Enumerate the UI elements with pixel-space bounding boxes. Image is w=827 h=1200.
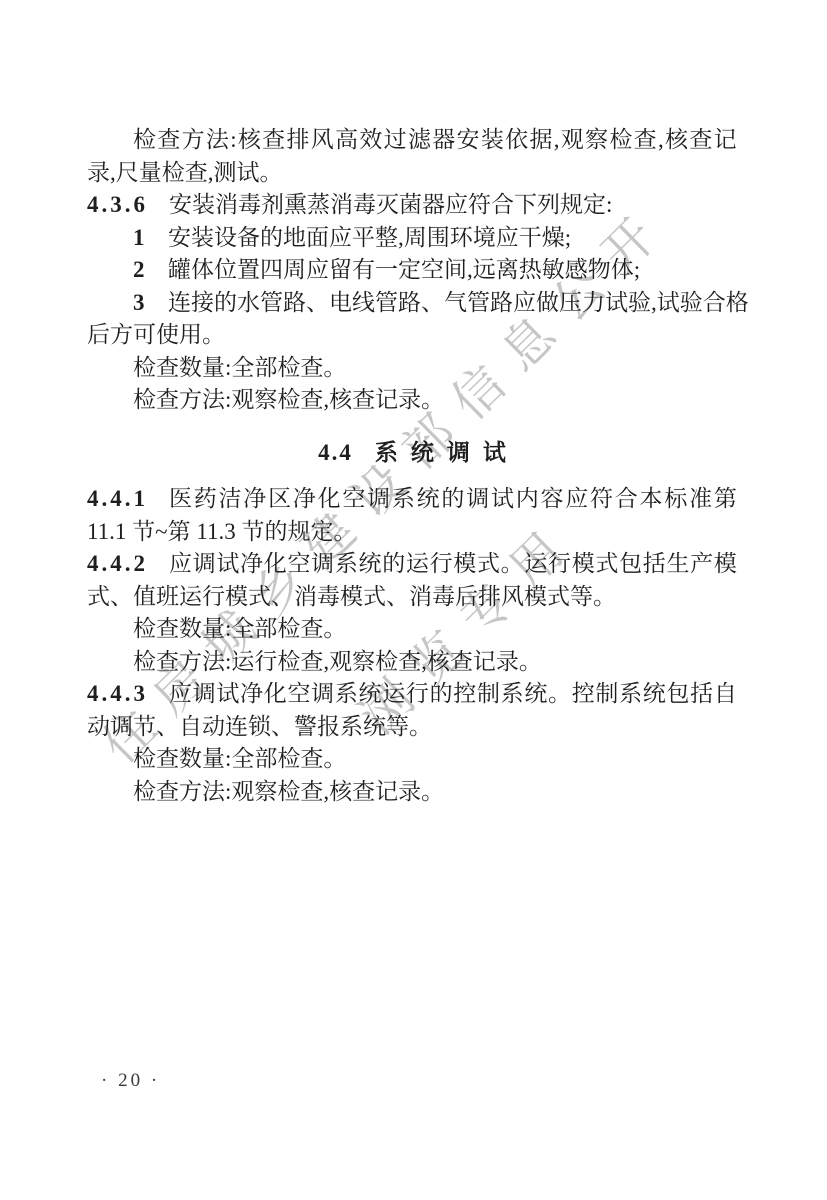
- char: 行: [430, 548, 453, 581]
- section-title: 系统调试: [375, 440, 519, 465]
- char: 式: [595, 548, 618, 581]
- line-text: 后方可使用。: [87, 322, 225, 347]
- char: 产: [690, 548, 713, 581]
- char: 净: [243, 483, 266, 516]
- char: 行: [406, 678, 429, 711]
- char: 洁: [219, 483, 242, 516]
- char: 统: [359, 548, 382, 581]
- line-text: 安装消毒剂熏蒸消毒灭菌器应符合下列规定:: [169, 192, 612, 217]
- char: 控: [572, 678, 595, 711]
- char: 括: [643, 548, 666, 581]
- item-number: 2: [133, 254, 168, 287]
- char: 检: [609, 124, 632, 157]
- line-text: 检查方法:运行检查,观察检查,核查记录。: [133, 649, 542, 674]
- char: 模: [572, 548, 595, 581]
- line-text: 动调节、自动连锁、警报系统等。: [87, 714, 432, 739]
- char: 化: [264, 678, 287, 711]
- char: 合: [703, 287, 726, 320]
- char: 试: [216, 548, 239, 581]
- char: 容: [540, 483, 563, 516]
- char: 风: [311, 124, 334, 157]
- line-text: 医药洁净区净化空调系统的调试内容应符合本标准第: [169, 483, 737, 516]
- char: 、: [306, 287, 329, 320]
- char: 系: [392, 483, 415, 516]
- char: 系: [619, 678, 642, 711]
- char: 标: [664, 483, 687, 516]
- char: 核: [665, 124, 688, 157]
- char: 装: [481, 124, 504, 157]
- char: 空: [287, 548, 310, 581]
- char: 水: [237, 287, 260, 320]
- char: 合: [615, 483, 638, 516]
- char: 效: [359, 124, 382, 157]
- line-text: 应调试净化空调系统运行的控制系统。控制系统包括自: [169, 678, 737, 711]
- clause-number: 4.3.6: [87, 189, 169, 222]
- char: 生: [666, 548, 689, 581]
- char: 控: [453, 678, 476, 711]
- char: 察: [585, 124, 608, 157]
- char: 试: [605, 287, 628, 320]
- char: 符: [590, 483, 613, 516]
- char: 连: [168, 287, 191, 320]
- char: 查: [157, 124, 180, 157]
- char: 的: [441, 483, 464, 516]
- char: 。: [548, 678, 571, 711]
- char: 统: [643, 678, 666, 711]
- line-text: 检查数量:全部检查。: [133, 616, 346, 641]
- char: 的: [382, 548, 405, 581]
- clause-number: 4.4.3: [87, 678, 169, 711]
- char: 运: [406, 548, 429, 581]
- char: 验: [680, 287, 703, 320]
- text-line: 后方可使用。: [87, 319, 737, 352]
- char: 管: [467, 287, 490, 320]
- char: 应: [169, 548, 192, 581]
- char: 电: [329, 287, 352, 320]
- line-text: 安装设备的地面应平整,周围环境应干燥;: [168, 225, 571, 250]
- line-text: 式、值班运行模式、消毒模式、消毒后排风模式等。: [87, 584, 616, 609]
- char: 调: [193, 548, 216, 581]
- text-line: 2罐体位置四周应留有一定空间,远离热敏感物体;: [87, 254, 737, 287]
- char: 记: [714, 124, 737, 157]
- clause-number: 4.4.2: [87, 548, 169, 581]
- text-line: 式、值班运行模式、消毒模式、消毒后排风模式等。: [87, 581, 737, 614]
- char: 第: [714, 483, 737, 516]
- line-text: 检查方法:观察检查,核查记录。: [133, 779, 444, 804]
- char: 力: [582, 287, 605, 320]
- text-line: 4.4.1医药洁净区净化空调系统的调试内容应符合本标准第: [87, 483, 737, 516]
- char: 运: [524, 548, 547, 581]
- text-line: 检查数量:全部检查。: [87, 352, 737, 385]
- char: 路: [283, 287, 306, 320]
- text-line: 3连接的水管路、电线管路、气管路应做压力试验,试验合格: [87, 287, 737, 320]
- char: 试: [491, 483, 514, 516]
- section-number: 4.4: [318, 440, 353, 465]
- section-heading: 4.4系统调试: [87, 437, 737, 470]
- char: 应: [169, 678, 192, 711]
- char: 。: [501, 548, 524, 581]
- char: 查: [262, 124, 285, 157]
- text-line: 1安装设备的地面应平整,周围环境应干燥;: [87, 222, 737, 255]
- char: 系: [335, 678, 358, 711]
- char: 化: [318, 483, 341, 516]
- char: 器: [432, 124, 455, 157]
- char: 净: [293, 483, 316, 516]
- char: 查: [634, 124, 657, 157]
- char: 调: [311, 678, 334, 711]
- text-line: 检查数量:全部检查。: [87, 613, 737, 646]
- char: 试: [657, 287, 680, 320]
- char: 线: [352, 287, 375, 320]
- char: 化: [264, 548, 287, 581]
- char: 压: [559, 287, 582, 320]
- char: 调: [311, 548, 334, 581]
- char: 核: [238, 124, 261, 157]
- text-line: 4.4.3应调试净化空调系统运行的控制系统。控制系统包括自: [87, 678, 737, 711]
- char: 试: [216, 678, 239, 711]
- char: 接: [191, 287, 214, 320]
- document-body: 检查方法:核查排风高效过滤器安装依据,观察检查,核查记录,尺量检查,测试。4.3…: [87, 124, 737, 808]
- text-line: 检查方法:运行检查,观察检查,核查记录。: [87, 646, 737, 679]
- char: 格: [726, 287, 749, 320]
- char: 式: [477, 548, 500, 581]
- char: 做: [536, 287, 559, 320]
- line-text: 连接的水管路、电线管路、气管路应做压力试验,试验合格: [168, 287, 749, 320]
- char: 制: [477, 678, 500, 711]
- char: 据: [529, 124, 552, 157]
- item-number: 3: [133, 287, 168, 320]
- char: 观: [561, 124, 584, 157]
- page-number: · 20 ·: [101, 1070, 160, 1092]
- text-line: 检查方法:观察检查,核查记录。: [87, 776, 737, 809]
- char: 包: [619, 548, 642, 581]
- char: 空: [342, 483, 365, 516]
- text-line: 4.3.6安装消毒剂熏蒸消毒灭菌器应符合下列规定:: [87, 189, 737, 222]
- char: 路: [490, 287, 513, 320]
- clause-number: 4.4.1: [87, 483, 169, 516]
- char: 、: [421, 287, 444, 320]
- char: 依: [505, 124, 528, 157]
- char: 管: [375, 287, 398, 320]
- char: 统: [524, 678, 547, 711]
- line-text: 录,尺量检查,测试。: [87, 160, 283, 185]
- line-text: 检查方法:观察检查,核查记录。: [133, 387, 444, 412]
- char: 系: [335, 548, 358, 581]
- char: 运: [382, 678, 405, 711]
- char: 统: [417, 483, 440, 516]
- item-number: 1: [133, 222, 168, 255]
- char: 括: [690, 678, 713, 711]
- char: 净: [240, 548, 263, 581]
- char: 包: [666, 678, 689, 711]
- char: 气: [444, 287, 467, 320]
- char: :: [230, 124, 236, 157]
- char: 调: [466, 483, 489, 516]
- text-line: 录,尺量检查,测试。: [87, 157, 737, 190]
- char: 滤: [408, 124, 431, 157]
- text-line: 检查方法:核查排风高效过滤器安装依据,观察检查,核查记: [87, 124, 737, 157]
- char: 管: [260, 287, 283, 320]
- char: 统: [359, 678, 382, 711]
- text-line: 检查数量:全部检查。: [87, 743, 737, 776]
- char: 模: [714, 548, 737, 581]
- char: 净: [240, 678, 263, 711]
- char: 过: [384, 124, 407, 157]
- char: 本: [640, 483, 663, 516]
- line-text: 检查数量:全部检查。: [133, 355, 346, 380]
- char: 的: [214, 287, 237, 320]
- char: 空: [287, 678, 310, 711]
- text-line: 11.1 节~第 11.3 节的规定。: [87, 516, 737, 549]
- char: 调: [193, 678, 216, 711]
- char: 准: [689, 483, 712, 516]
- char: 路: [398, 287, 421, 320]
- char: 验: [628, 287, 651, 320]
- char: 制: [595, 678, 618, 711]
- char: 医: [169, 483, 192, 516]
- document-page: 住房城乡建设部信息公开 浏览专用 检查方法:核查排风高效过滤器安装依据,观察检查…: [0, 0, 827, 1200]
- char: 系: [501, 678, 524, 711]
- char: 高: [335, 124, 358, 157]
- text-line: 4.4.2应调试净化空调系统的运行模式。运行模式包括生产模: [87, 548, 737, 581]
- char: 检: [133, 124, 156, 157]
- line-text: 检查方法:核查排风高效过滤器安装依据,观察检查,核查记: [133, 124, 737, 157]
- char: 方: [182, 124, 205, 157]
- char: 调: [367, 483, 390, 516]
- char: 法: [206, 124, 229, 157]
- line-text: 罐体位置四周应留有一定空间,远离热敏感物体;: [168, 257, 640, 282]
- char: 查: [689, 124, 712, 157]
- char: ,: [554, 124, 560, 157]
- char: 模: [453, 548, 476, 581]
- char: 内: [516, 483, 539, 516]
- char: 药: [194, 483, 217, 516]
- char: 的: [430, 678, 453, 711]
- char: 自: [714, 678, 737, 711]
- line-text: 11.1 节~第 11.3 节的规定。: [87, 519, 357, 544]
- text-line: 检查方法:观察检查,核查记录。: [87, 384, 737, 417]
- line-text: 应调试净化空调系统的运行模式。运行模式包括生产模: [169, 548, 737, 581]
- char: 安: [457, 124, 480, 157]
- char: 区: [268, 483, 291, 516]
- char: 行: [548, 548, 571, 581]
- line-text: 检查数量:全部检查。: [133, 746, 346, 771]
- char: ,: [658, 124, 664, 157]
- char: 排: [286, 124, 309, 157]
- char: 应: [565, 483, 588, 516]
- char: 应: [513, 287, 536, 320]
- text-line: 动调节、自动连锁、警报系统等。: [87, 711, 737, 744]
